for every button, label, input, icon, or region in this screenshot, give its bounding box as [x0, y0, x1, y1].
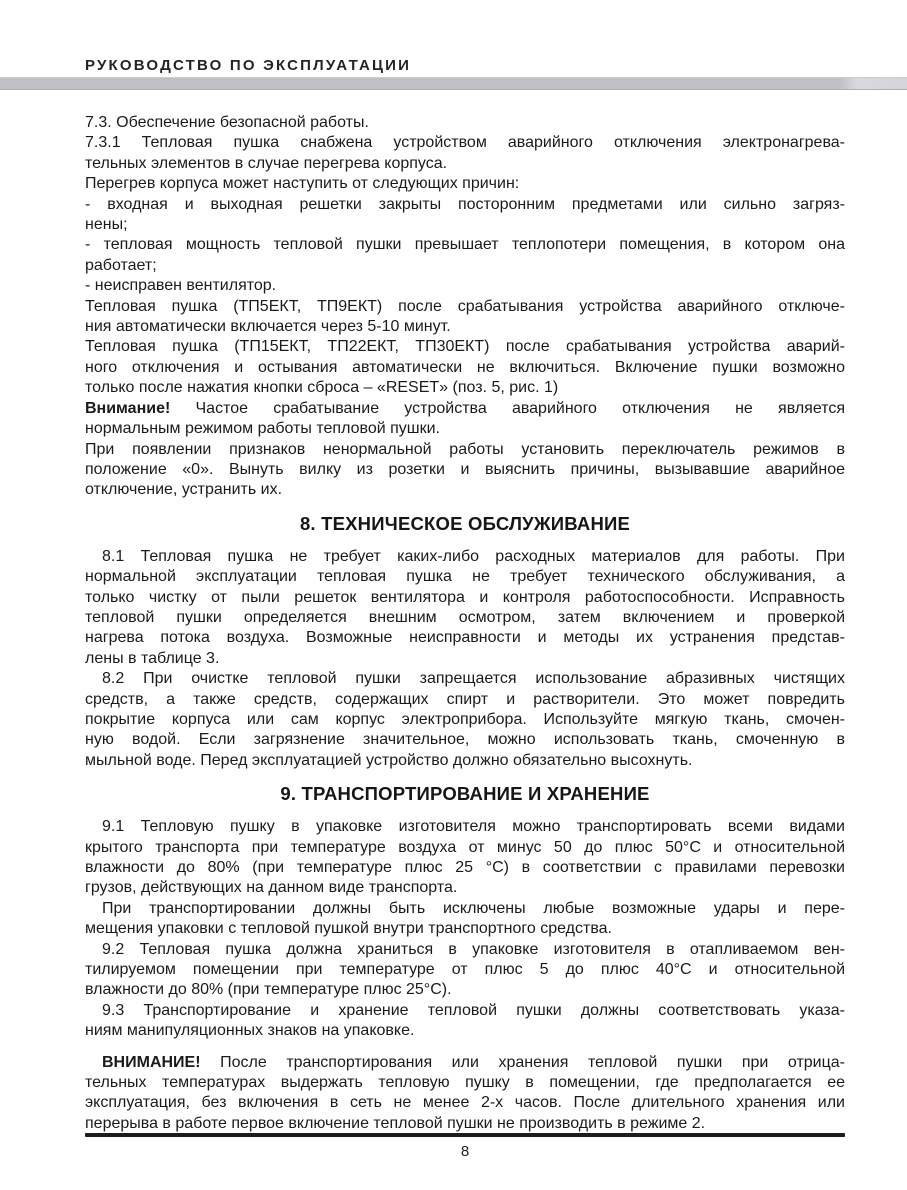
text-line: тельных температурах выдержать тепловую …	[85, 1073, 845, 1093]
text-line: только после нажатия кнопки сброса – «RE…	[85, 378, 845, 398]
text-line: Тепловая пушка (ТП15ЕКТ, ТП22ЕКТ, ТП30ЕК…	[85, 337, 845, 357]
text-line: нормальным режимом работы тепловой пушки…	[85, 419, 845, 439]
text-line: эксплуатация, без включения в сеть не ме…	[85, 1093, 845, 1113]
document-body: 7.3. Обеспечение безопасной работы.7.3.1…	[85, 113, 845, 1134]
text-line: отключение, устранить их.	[85, 480, 845, 500]
section-heading: 8. ТЕХНИЧЕСКОЕ ОБСЛУЖИВАНИЕ	[85, 513, 845, 534]
text-line: влажности до 80% (при температуре плюс 2…	[85, 980, 845, 1000]
text-line: мыльной воде. Перед эксплуатацией устрой…	[85, 751, 845, 771]
text-line: положение «0». Вынуть вилку из розетки и…	[85, 460, 845, 480]
text-line: - неисправен вентилятор.	[85, 276, 845, 296]
text-line: средств, а также средств, содержащих спи…	[85, 690, 845, 710]
text-line: 7.3.1 Тепловая пушка снабжена устройство…	[85, 133, 845, 153]
text-line: нормальной эксплуатации тепловая пушка н…	[85, 567, 845, 587]
text-line: ния автоматически включается через 5-10 …	[85, 317, 845, 337]
text-line: ВНИМАНИЕ! После транспортирования или хр…	[85, 1053, 845, 1073]
text-line: 8.2 При очистке тепловой пушки запрещает…	[85, 669, 845, 689]
text-line: Перегрев корпуса может наступить от след…	[85, 174, 845, 194]
footer-divider	[85, 1133, 845, 1137]
bold-lead: ВНИМАНИЕ!	[102, 1054, 201, 1071]
text-line: 8.1 Тепловая пушка не требует каких-либо…	[85, 547, 845, 567]
text-line: нены;	[85, 215, 845, 235]
text-line: покрытие корпуса или сам корпус электроп…	[85, 710, 845, 730]
text-line: мещения упаковки с тепловой пушкой внутр…	[85, 919, 845, 939]
text-line: тепловой пушки определяется внешним осмо…	[85, 608, 845, 628]
text-line: перерыва в работе первое включение тепло…	[85, 1114, 845, 1134]
text-line: тельных элементов в случае перегрева кор…	[85, 154, 845, 174]
page-number: 8	[85, 1143, 845, 1160]
text-line: При транспортировании должны быть исключ…	[85, 899, 845, 919]
text-line: 7.3. Обеспечение безопасной работы.	[85, 113, 845, 133]
text-line: только чистку от пыли решеток вентилятор…	[85, 588, 845, 608]
text-line: работает;	[85, 256, 845, 276]
text-line: При появлении признаков ненормальной раб…	[85, 440, 845, 460]
manual-page: РУКОВОДСТВО ПО ЭКСПЛУАТАЦИИ 7.3. Обеспеч…	[0, 0, 907, 1190]
header-divider	[0, 77, 907, 90]
text-line: Тепловая пушка (ТП5ЕКТ, ТП9ЕКТ) после ср…	[85, 297, 845, 317]
text-line: крытого транспорта при температуре возду…	[85, 838, 845, 858]
text-line: нагрева потока воздуха. Возможные неиспр…	[85, 628, 845, 648]
text-line: ную водой. Если загрязнение значительное…	[85, 730, 845, 750]
text-line: ниям манипуляционных знаков на упаковке.	[85, 1021, 845, 1041]
text-line: - тепловая мощность тепловой пушки превы…	[85, 235, 845, 255]
page-header-title: РУКОВОДСТВО ПО ЭКСПЛУАТАЦИИ	[85, 57, 907, 74]
text-line: тилируемом помещении при температуре от …	[85, 960, 845, 980]
page-header: РУКОВОДСТВО ПО ЭКСПЛУАТАЦИИ	[0, 0, 907, 90]
text-line: 9.2 Тепловая пушка должна храниться в уп…	[85, 940, 845, 960]
paragraph-gap	[85, 1042, 845, 1053]
bold-lead: Внимание!	[85, 400, 170, 417]
text-line: - входная и выходная решетки закрыты пос…	[85, 195, 845, 215]
text-line: влажности до 80% (при температуре плюс 2…	[85, 858, 845, 878]
text-line: грузов, действующих на данном виде транс…	[85, 878, 845, 898]
text-line: лены в таблице 3.	[85, 649, 845, 669]
text-line: 9.3 Транспортирование и хранение теплово…	[85, 1001, 845, 1021]
text-line: ного отключения и остывания автоматическ…	[85, 358, 845, 378]
text-line: 9.1 Тепловую пушку в упаковке изготовите…	[85, 817, 845, 837]
section-heading: 9. ТРАНСПОРТИРОВАНИЕ И ХРАНЕНИЕ	[85, 783, 845, 804]
text-line: Внимание! Частое срабатывание устройства…	[85, 399, 845, 419]
page-footer: 8	[85, 1133, 845, 1160]
